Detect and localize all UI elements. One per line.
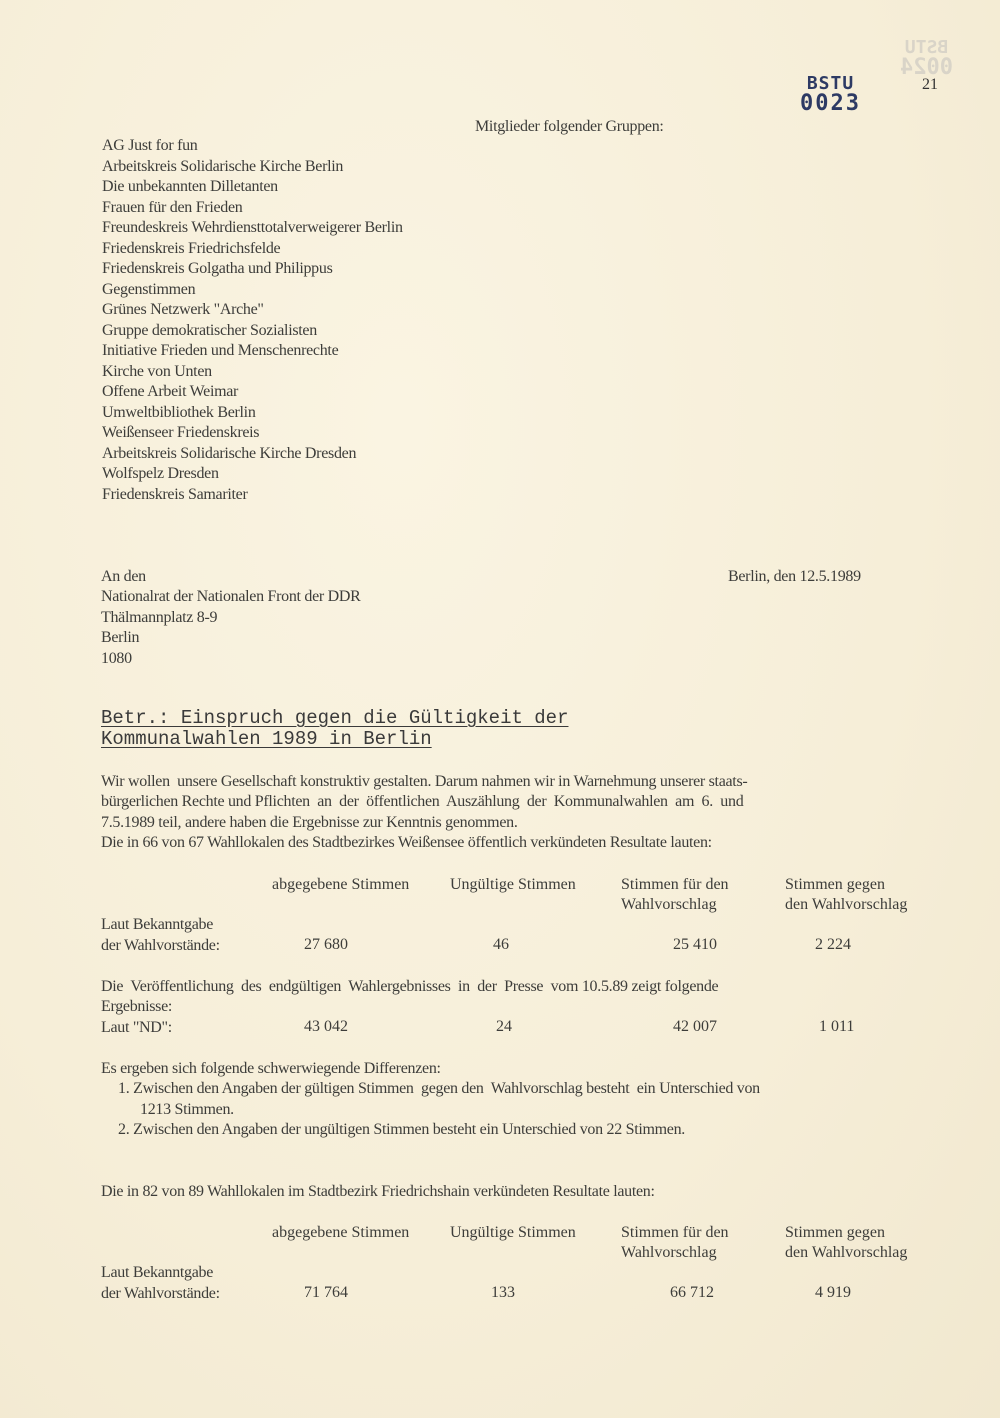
body-line: bürgerlichen Rechte und Pflichten an der… — [101, 792, 743, 812]
bleed-through-stamp: BSTU 0024 — [900, 38, 953, 78]
group-item: Friedenskreis Friedrichsfelde — [102, 239, 280, 259]
col-header-abgegeben: abgegebene Stimmen — [272, 875, 409, 895]
subject-line2: Kommunalwahlen 1989 in Berlin — [101, 729, 568, 750]
group-item: Die unbekannten Dilletanten — [102, 177, 278, 197]
row-label-l2: der Wahlvorstände: — [101, 936, 220, 956]
group-item: Friedenskreis Golgatha und Philippus — [102, 259, 333, 279]
value-ungueltig: 133 — [491, 1284, 515, 1302]
col-header-ungueltig: Ungültige Stimmen — [450, 1223, 576, 1243]
group-item: Gruppe demokratischer Sozialisten — [102, 321, 317, 341]
difference-item-1: 1. Zwischen den Angaben der gültigen Sti… — [118, 1079, 760, 1099]
groups-heading: Mitglieder folgender Gruppen: — [475, 117, 664, 137]
group-item: Freundeskreis Wehrdiensttotalverweigerer… — [102, 218, 403, 238]
group-item: Offene Arbeit Weimar — [102, 382, 238, 402]
press-value-ungueltig: 24 — [496, 1018, 512, 1036]
group-item: Weißenseer Friedenskreis — [102, 423, 259, 443]
col-header-gegen-l2: den Wahlvorschlag — [785, 895, 907, 915]
page-number: 21 — [922, 76, 938, 94]
group-item: Grünes Netzwerk "Arche" — [102, 300, 264, 320]
press-value-abgegeben: 43 042 — [304, 1018, 348, 1036]
value-abgegeben: 27 680 — [304, 936, 348, 954]
address-line: 1080 — [101, 649, 132, 669]
col-header-fuer-l1: Stimmen für den — [621, 875, 729, 895]
difference-item-1-cont: 1213 Stimmen. — [140, 1100, 234, 1120]
value-gegen: 2 224 — [815, 936, 851, 954]
group-item: Wolfspelz Dresden — [102, 464, 219, 484]
address-line: Berlin — [101, 628, 139, 648]
group-item: Friedenskreis Samariter — [102, 485, 248, 505]
group-item: Kirche von Unten — [102, 362, 212, 382]
press-row-label: Laut "ND": — [101, 1018, 172, 1038]
press-intro-line1: Die Veröffentlichung des endgültigen Wah… — [101, 977, 718, 997]
group-item: Umweltbibliothek Berlin — [102, 403, 256, 423]
col-header-abgegeben: abgegebene Stimmen — [272, 1223, 409, 1243]
group-item: Initiative Frieden und Menschenrechte — [102, 341, 338, 361]
group-item: Arbeitskreis Solidarische Kirche Berlin — [102, 157, 343, 177]
subject-line: Betr.: Einspruch gegen die Gültigkeit de… — [101, 708, 568, 750]
press-value-fuer: 42 007 — [673, 1018, 717, 1036]
address-line: Nationalrat der Nationalen Front der DDR — [101, 587, 360, 607]
body-line: 7.5.1989 teil, andere haben die Ergebnis… — [101, 813, 518, 833]
value-abgegeben: 71 764 — [304, 1284, 348, 1302]
press-value-gegen: 1 011 — [819, 1018, 854, 1036]
differences-intro: Es ergeben sich folgende schwerwiegende … — [101, 1059, 441, 1079]
stamp-line2: 0023 — [800, 94, 861, 114]
press-intro-line2: Ergebnisse: — [101, 997, 172, 1017]
col-header-gegen-l1: Stimmen gegen — [785, 1223, 885, 1243]
col-header-fuer-l1: Stimmen für den — [621, 1223, 729, 1243]
group-item: Gegenstimmen — [102, 280, 195, 300]
col-header-gegen-l1: Stimmen gegen — [785, 875, 885, 895]
row-label-l2: der Wahlvorstände: — [101, 1284, 220, 1304]
col-header-fuer-l2: Wahlvorschlag — [621, 895, 717, 915]
group-item: Arbeitskreis Solidarische Kirche Dresden — [102, 444, 356, 464]
col-header-fuer-l2: Wahlvorschlag — [621, 1243, 717, 1263]
value-fuer: 25 410 — [673, 936, 717, 954]
group-item: AG Just for fun — [102, 136, 198, 156]
address-line: Thälmannplatz 8-9 — [101, 608, 217, 628]
group-item: Frauen für den Frieden — [102, 198, 242, 218]
col-header-ungueltig: Ungültige Stimmen — [450, 875, 576, 895]
archive-stamp: BSTU 0023 — [800, 74, 861, 114]
row-label-l1: Laut Bekanntgabe — [101, 1263, 213, 1283]
value-ungueltig: 46 — [493, 936, 509, 954]
subject-line1: Betr.: Einspruch gegen die Gültigkeit de… — [101, 708, 568, 729]
row-label-l1: Laut Bekanntgabe — [101, 915, 213, 935]
body-line: Wir wollen unsere Gesellschaft konstrukt… — [101, 772, 747, 792]
difference-item-2: 2. Zwischen den Angaben der ungültigen S… — [118, 1120, 685, 1140]
letter-date: Berlin, den 12.5.1989 — [728, 567, 861, 587]
body-line: Die in 66 von 67 Wahllokalen des Stadtbe… — [101, 833, 712, 853]
address-line: An den — [101, 567, 146, 587]
document-page: BSTU 0024 BSTU 0023 21 Mitglieder folgen… — [0, 0, 1000, 1418]
friedrichshain-intro: Die in 82 von 89 Wahllokalen im Stadtbez… — [101, 1182, 655, 1202]
ghost-stamp-line2: 0024 — [900, 58, 953, 78]
col-header-gegen-l2: den Wahlvorschlag — [785, 1243, 907, 1263]
value-fuer: 66 712 — [670, 1284, 714, 1302]
value-gegen: 4 919 — [815, 1284, 851, 1302]
